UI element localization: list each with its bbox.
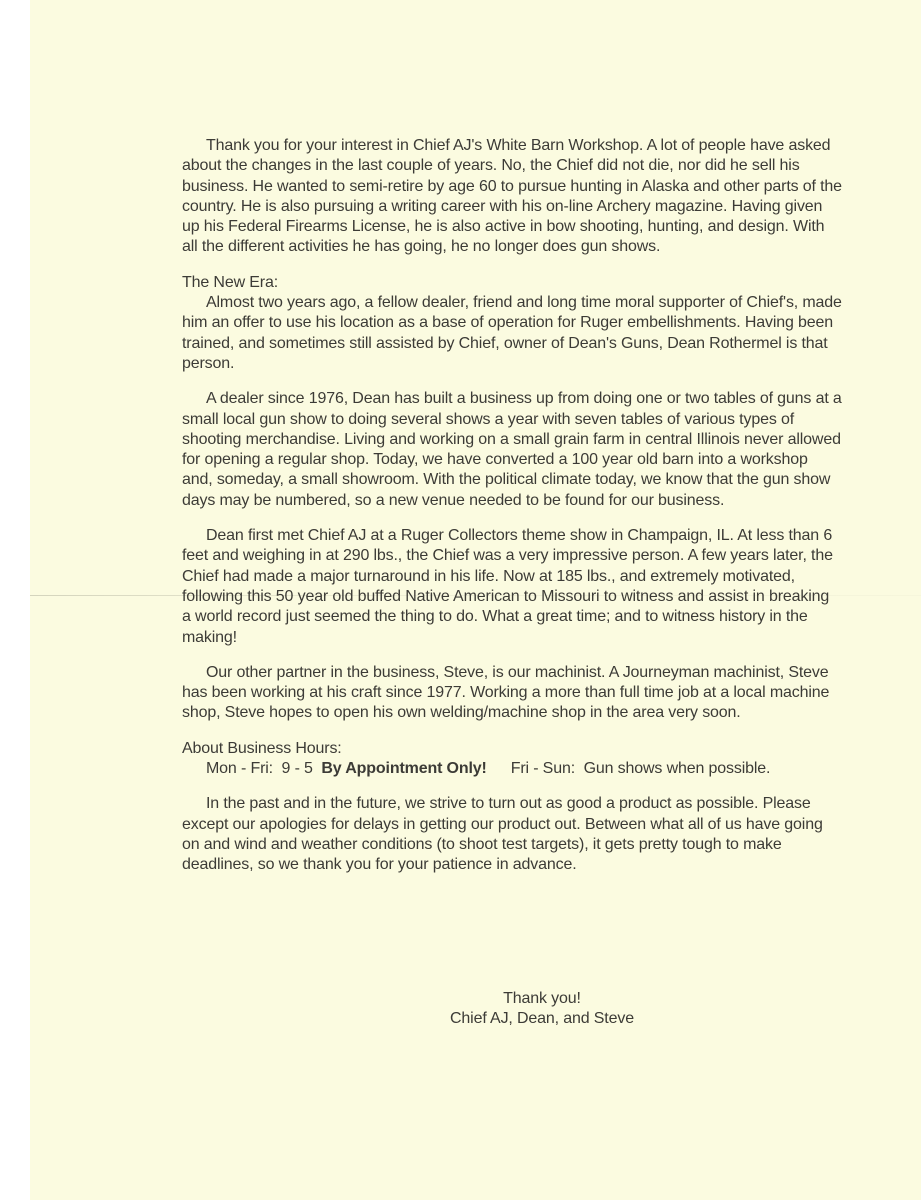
business-hours-line: Mon - Fri: 9 - 5 By Appointment Only!Fri… [182, 759, 842, 779]
appointment-note: By Appointment Only! [321, 760, 486, 777]
business-hours-heading: About Business Hours: [182, 739, 842, 759]
intro-paragraph: Thank you for your interest in Chief AJ'… [182, 136, 842, 258]
new-era-paragraph-1: Almost two years ago, a fellow dealer, f… [182, 293, 842, 374]
new-era-paragraph-2: A dealer since 1976, Dean has built a bu… [182, 389, 842, 511]
weekend-hours: Fri - Sun: Gun shows when possible. [511, 760, 771, 777]
new-era-paragraph-3: Dean first met Chief AJ at a Ruger Colle… [182, 526, 842, 648]
new-era-paragraph-4: Our other partner in the business, Steve… [182, 663, 842, 724]
signoff-thanks: Thank you! [242, 989, 842, 1009]
new-era-heading: The New Era: [182, 273, 842, 293]
signoff-signature: Chief AJ, Dean, and Steve [242, 1009, 842, 1029]
signoff-block: Thank you! Chief AJ, Dean, and Steve [182, 989, 842, 1030]
weekday-hours: Mon - Fri: 9 - 5 [206, 760, 313, 777]
closing-paragraph: In the past and in the future, we strive… [182, 794, 842, 875]
letter-body: Thank you for your interest in Chief AJ'… [182, 136, 842, 891]
